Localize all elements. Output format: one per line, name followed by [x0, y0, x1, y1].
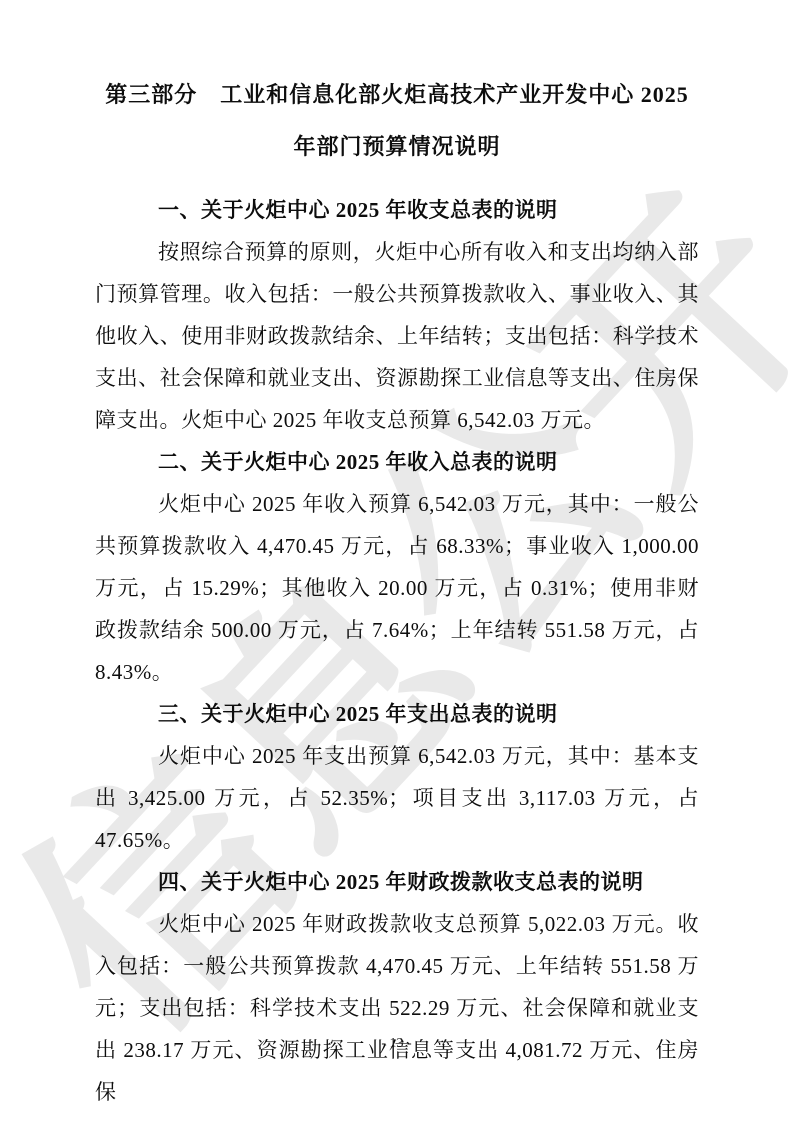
- section-heading-2: 二、关于火炬中心 2025 年收入总表的说明: [95, 441, 699, 483]
- document-title: 第三部分 工业和信息化部火炬高技术产业开发中心 2025 年部门预算情况说明: [95, 69, 699, 173]
- section-income-expenditure-summary: 一、关于火炬中心 2025 年收支总表的说明 按照综合预算的原则，火炬中心所有收…: [95, 189, 699, 441]
- section-body-3: 火炬中心 2025 年支出预算 6,542.03 万元，其中：基本支出 3,42…: [95, 735, 699, 861]
- section-income-summary: 二、关于火炬中心 2025 年收入总表的说明 火炬中心 2025 年收入预算 6…: [95, 441, 699, 693]
- page-number: - 13 -: [0, 1036, 793, 1052]
- section-body-4: 火炬中心 2025 年财政拨款收支总预算 5,022.03 万元。收入包括：一般…: [95, 903, 699, 1113]
- section-body-1: 按照综合预算的原则，火炬中心所有收入和支出均纳入部门预算管理。收入包括：一般公共…: [95, 231, 699, 441]
- document-content: 第三部分 工业和信息化部火炬高技术产业开发中心 2025 年部门预算情况说明 一…: [0, 0, 793, 1113]
- section-expenditure-summary: 三、关于火炬中心 2025 年支出总表的说明 火炬中心 2025 年支出预算 6…: [95, 693, 699, 861]
- section-body-2: 火炬中心 2025 年收入预算 6,542.03 万元，其中：一般公共预算拨款收…: [95, 483, 699, 693]
- document-title-line-2: 年部门预算情况说明: [95, 121, 699, 173]
- document-title-line-1: 第三部分 工业和信息化部火炬高技术产业开发中心 2025: [95, 69, 699, 121]
- section-fiscal-appropriation-summary: 四、关于火炬中心 2025 年财政拨款收支总表的说明 火炬中心 2025 年财政…: [95, 861, 699, 1113]
- section-heading-3: 三、关于火炬中心 2025 年支出总表的说明: [95, 693, 699, 735]
- document-page: 信息公开 第三部分 工业和信息化部火炬高技术产业开发中心 2025 年部门预算情…: [0, 0, 793, 1122]
- section-heading-1: 一、关于火炬中心 2025 年收支总表的说明: [95, 189, 699, 231]
- section-heading-4: 四、关于火炬中心 2025 年财政拨款收支总表的说明: [95, 861, 699, 903]
